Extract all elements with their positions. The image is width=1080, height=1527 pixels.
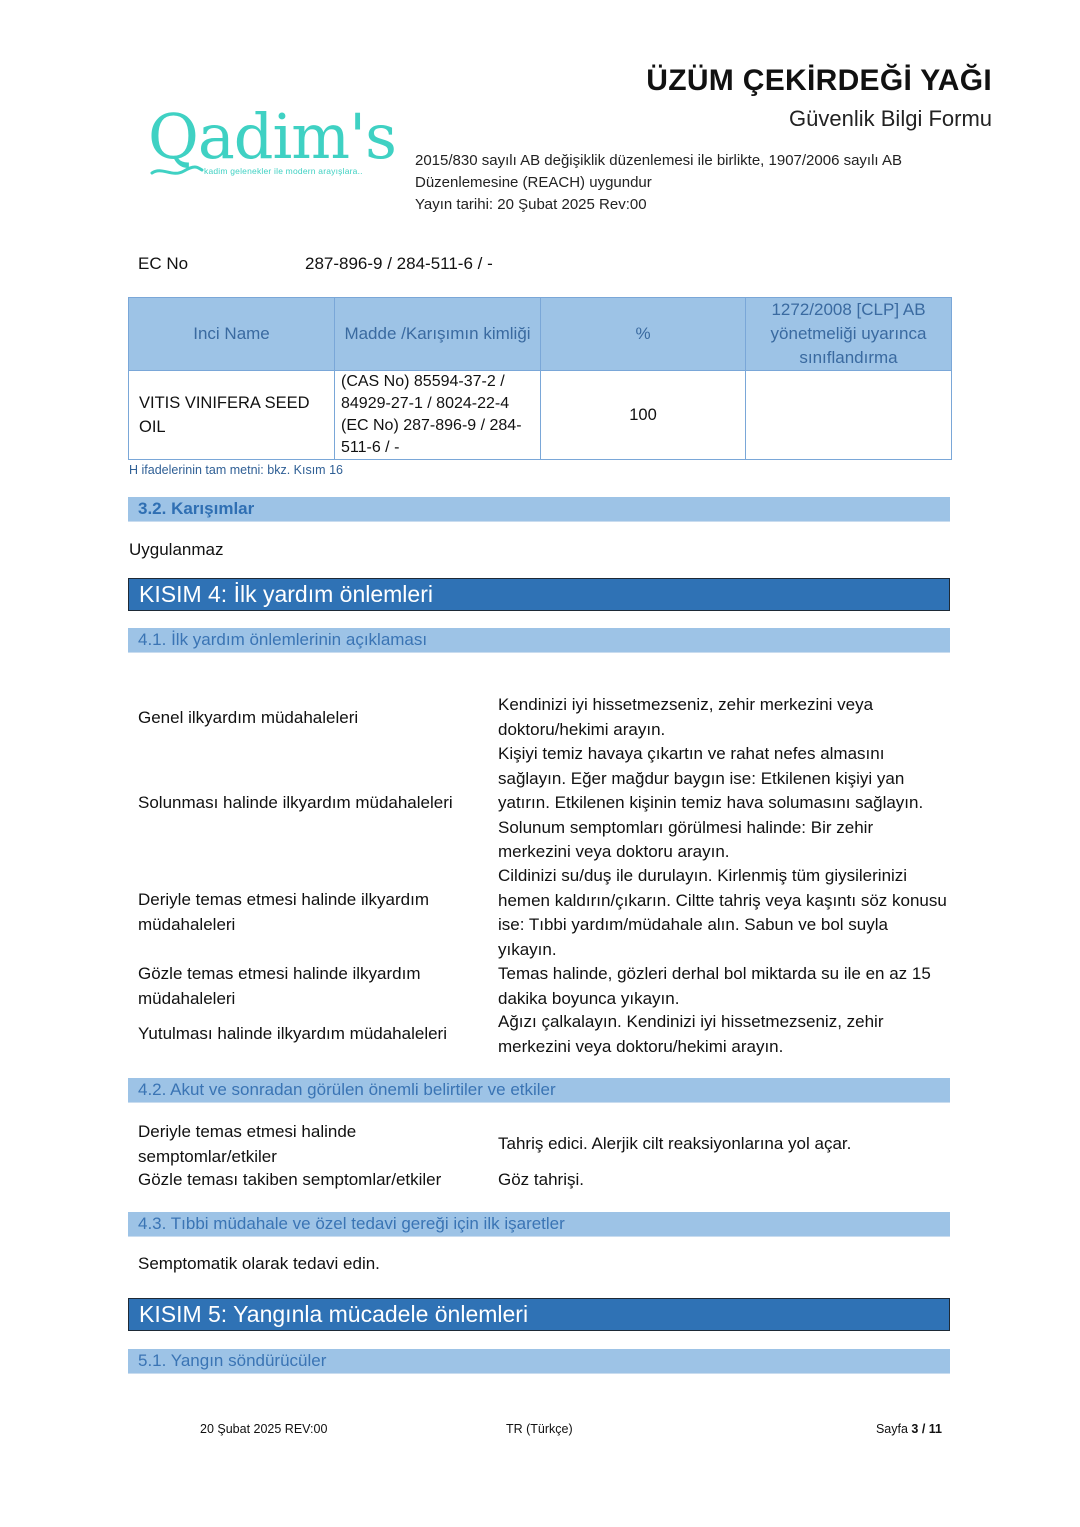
h-statements-note: H ifadelerinin tam metni: bkz. Kısım 16 [129, 463, 343, 477]
subsection-4-1-bar: 4.1. İlk yardım önlemlerinin açıklaması [128, 628, 950, 653]
symptoms-eye-label: Gözle teması takiben semptomlar/etkiler [138, 1168, 483, 1193]
first-aid-skin-value: Cildinizi su/duş ile durulayın. Kirlenmi… [498, 864, 948, 962]
cell-identity: (CAS No) 85594-37-2 / 84929-27-1 / 8024-… [335, 371, 541, 460]
cell-classification [746, 371, 952, 460]
subsection-3-2-heading: 3.2. Karışımlar [138, 499, 254, 519]
subsection-4-2-heading: 4.2. Akut ve sonradan görülen önemli bel… [138, 1080, 556, 1100]
wave-icon [150, 164, 204, 178]
composition-table: Inci Name Madde /Karışımın kimliği % 127… [128, 297, 952, 460]
header-classification: 1272/2008 [CLP] AB yönetmeliği uyarınca … [746, 298, 952, 371]
footer-date-rev: 20 Şubat 2025 REV:00 [200, 1422, 327, 1436]
section-4-heading: KISIM 4: İlk yardım önlemleri [139, 581, 433, 608]
regulation-line-1: 2015/830 sayılı AB değişiklik düzenlemes… [415, 150, 902, 172]
section-4-3-text: Semptomatik olarak tedavi edin. [138, 1254, 380, 1274]
footer-page-number: Sayfa 3 / 11 [876, 1422, 942, 1436]
logo-tagline: kadim gelenekler ile modern arayışlara.. [204, 166, 363, 176]
symptoms-eye-value: Göz tahrişi. [498, 1168, 948, 1193]
first-aid-general-label: Genel ilkyardım müdahaleleri [138, 706, 483, 731]
cell-percent: 100 [541, 371, 746, 460]
first-aid-general-value: Kendinizi iyi hissetmezseniz, zehir merk… [498, 693, 948, 742]
first-aid-eye-label: Gözle temas etmesi halinde ilkyardım müd… [138, 962, 458, 1011]
subsection-4-3-heading: 4.3. Tıbbi müdahale ve özel tedavi gereğ… [138, 1214, 565, 1234]
regulation-info: 2015/830 sayılı AB değişiklik düzenlemes… [415, 150, 902, 216]
table-row: VITIS VINIFERA SEED OIL (CAS No) 85594-3… [129, 371, 952, 460]
subsection-4-3-bar: 4.3. Tıbbi müdahale ve özel tedavi gereğ… [128, 1212, 950, 1237]
company-logo: Qadim's kadim gelenekler ile modern aray… [148, 108, 388, 188]
first-aid-eye-value: Temas halinde, gözleri derhal bol miktar… [498, 962, 948, 1011]
page-separator: / [918, 1422, 928, 1436]
symptoms-skin-label: Deriyle temas etmesi halinde semptomlar/… [138, 1120, 398, 1169]
section-5-bar: KISIM 5: Yangınla mücadele önlemleri [128, 1298, 950, 1331]
subsection-4-2-bar: 4.2. Akut ve sonradan görülen önemli bel… [128, 1078, 950, 1103]
first-aid-ingestion-value: Ağızı çalkalayın. Kendinizi iyi hissetme… [498, 1010, 948, 1059]
first-aid-skin-label: Deriyle temas etmesi halinde ilkyardım m… [138, 888, 468, 937]
first-aid-ingestion-label: Yutulması halinde ilkyardım müdahaleleri [138, 1022, 483, 1047]
subsection-5-1-heading: 5.1. Yangın söndürücüler [138, 1351, 326, 1371]
ec-no-label: EC No [138, 254, 188, 274]
subsection-5-1-bar: 5.1. Yangın söndürücüler [128, 1349, 950, 1374]
section-5-heading: KISIM 5: Yangınla mücadele önlemleri [139, 1301, 528, 1328]
logo-wordmark: Qadim's [148, 102, 396, 172]
footer-language: TR (Türkçe) [506, 1422, 573, 1436]
section-3-2-text: Uygulanmaz [129, 540, 224, 560]
header-identity: Madde /Karışımın kimliği [335, 298, 541, 371]
first-aid-inhalation-value: Kişiyi temiz havaya çıkartın ve rahat ne… [498, 742, 948, 865]
document-subtitle: Güvenlik Bilgi Formu [789, 106, 992, 132]
ec-no-value: 287-896-9 / 284-511-6 / - [305, 254, 493, 274]
header-percent: % [541, 298, 746, 371]
page-total: 11 [929, 1422, 942, 1436]
table-header-row: Inci Name Madde /Karışımın kimliği % 127… [129, 298, 952, 371]
regulation-line-2: Düzenlemesine (REACH) uygundur [415, 172, 902, 194]
publish-date: Yayın tarihi: 20 Şubat 2025 Rev:00 [415, 194, 902, 216]
first-aid-inhalation-label: Solunması halinde ilkyardım müdahaleleri [138, 791, 483, 816]
header-inci-name: Inci Name [129, 298, 335, 371]
subsection-4-1-heading: 4.1. İlk yardım önlemlerinin açıklaması [138, 630, 427, 650]
section-4-bar: KISIM 4: İlk yardım önlemleri [128, 578, 950, 611]
cell-inci-name: VITIS VINIFERA SEED OIL [129, 371, 335, 460]
document-title: ÜZÜM ÇEKİRDEĞİ YAĞI [646, 64, 992, 98]
symptoms-skin-value: Tahriş edici. Alerjik cilt reaksiyonları… [498, 1132, 948, 1157]
subsection-3-2-bar: 3.2. Karışımlar [128, 497, 950, 522]
page-prefix: Sayfa [876, 1422, 908, 1436]
